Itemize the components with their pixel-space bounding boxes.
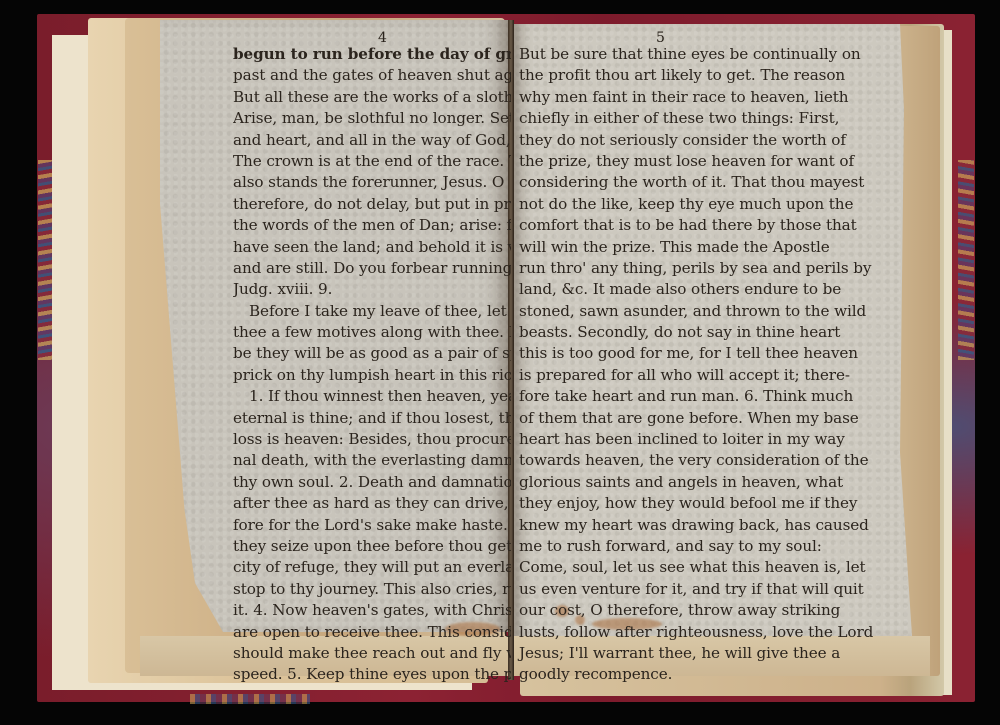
text-line: also stands the forerunner, Jesus. O	[233, 172, 511, 193]
text-line: begun to run before the day of grace had…	[233, 44, 511, 65]
text-line: 1. If thou winnest then heaven, yea life	[233, 386, 511, 407]
text-line: not do the like, keep thy eye much upon …	[519, 194, 829, 215]
text-line: Jesus; I'll warrant thee, he will give t…	[519, 643, 829, 664]
text-line: they do not seriously consider the worth…	[519, 130, 829, 151]
text-line: thee a few motives along with thee. It m…	[233, 322, 511, 343]
text-line: comfort that is to be had there by those…	[519, 215, 829, 236]
text-line: But all these are the works of a slothfu…	[233, 87, 511, 108]
text-line: towards heaven, the very consideration o…	[519, 450, 829, 471]
text-line: heart has been inclined to loiter in my …	[519, 429, 829, 450]
text-line: goodly recompence.	[519, 664, 829, 685]
text-line: The crown is at the end of the race. The…	[233, 151, 511, 172]
text-line: Come, soul, let us see what this heaven …	[519, 557, 829, 578]
text-line: they seize upon thee before thou get to …	[233, 536, 511, 557]
text-line: our cost, O therefore, throw away striki…	[519, 600, 829, 621]
text-line: Arise, man, be slothful no longer. Set f…	[233, 108, 511, 129]
text-line: why men faint in their race to heaven, l…	[519, 87, 829, 108]
text-line: the prize, they must lose heaven for wan…	[519, 151, 829, 172]
left-page-text: begun to run before the day of grace had…	[233, 44, 511, 686]
text-line: will win the prize. This made the Apostl…	[519, 237, 829, 258]
text-line: considering the worth of it. That thou m…	[519, 172, 829, 193]
text-line: eternal is thine; and if thou losest, th…	[233, 408, 511, 429]
text-line: of them that are gone before. When my ba…	[519, 408, 829, 429]
text-line: fore take heart and run man. 6. Think mu…	[519, 386, 829, 407]
text-line: thy own soul. 2. Death and damnation fol…	[233, 472, 511, 493]
text-line: us even venture for it, and try if that …	[519, 579, 829, 600]
text-line: nal death, with the everlasting damnatio…	[233, 450, 511, 471]
text-line: fore for the Lord's sake make haste. 3. …	[233, 515, 511, 536]
text-line: chiefly in either of these two things: F…	[519, 108, 829, 129]
text-line: this is too good for me, for I tell thee…	[519, 343, 829, 364]
text-line: land, &c. It made also others endure to …	[519, 279, 829, 300]
text-line: therefore, do not delay, but put in prac…	[233, 194, 511, 215]
text-line: beasts. Secondly, do not say in thine he…	[519, 322, 829, 343]
right-page-text: But be sure that thine eyes be continual…	[519, 44, 829, 686]
text-line: they enjoy, how they would befool me if …	[519, 493, 829, 514]
text-line: the profit thou art likely to get. The r…	[519, 65, 829, 86]
text-line: it. 4. Now heaven's gates, with Christ's…	[233, 600, 511, 621]
text-line: But be sure that thine eyes be continual…	[519, 44, 829, 65]
text-line: Before I take my leave of thee, let me g…	[233, 301, 511, 322]
text-line: past and the gates of heaven shut agains…	[233, 65, 511, 86]
text-line: the words of the men of Dan; arise: for …	[233, 215, 511, 236]
text-line: loss is heaven: Besides, thou procurest …	[233, 429, 511, 450]
text-line: prick on thy lumpish heart in this rich …	[233, 365, 511, 386]
marbled-endpaper-right	[958, 160, 974, 360]
text-line: run thro' any thing, perils by sea and p…	[519, 258, 829, 279]
text-line: stop to thy journey. This also cries, ru…	[233, 579, 511, 600]
text-line: stoned, sawn asunder, and thrown to the …	[519, 301, 829, 322]
marbled-edge-bottom	[190, 694, 310, 704]
text-line: knew my heart was drawing back, has caus…	[519, 515, 829, 536]
text-line: glorious saints and angels in heaven, wh…	[519, 472, 829, 493]
text-line: lusts, follow after righteousness, love …	[519, 622, 829, 643]
text-line: Judg. xviii. 9.	[233, 279, 511, 300]
text-line: me to rush forward, and say to my soul:	[519, 536, 829, 557]
text-line: are open to receive thee. This considera…	[233, 622, 511, 643]
text-line: city of refuge, they will put an everlas…	[233, 557, 511, 578]
text-line: and are still. Do you forbear running?	[233, 258, 511, 279]
text-line: speed. 5. Keep thine eyes upon the prize…	[233, 664, 511, 685]
text-line: should make thee reach out and fly with …	[233, 643, 511, 664]
text-line: and heart, and all in the way of God, an…	[233, 130, 511, 151]
text-line: after thee as hard as they can drive, an…	[233, 493, 511, 514]
text-line: is prepared for all who will accept it; …	[519, 365, 829, 386]
text-line: be they will be as good as a pair of spu…	[233, 343, 511, 364]
text-line: have seen the land; and behold it is ver…	[233, 237, 511, 258]
